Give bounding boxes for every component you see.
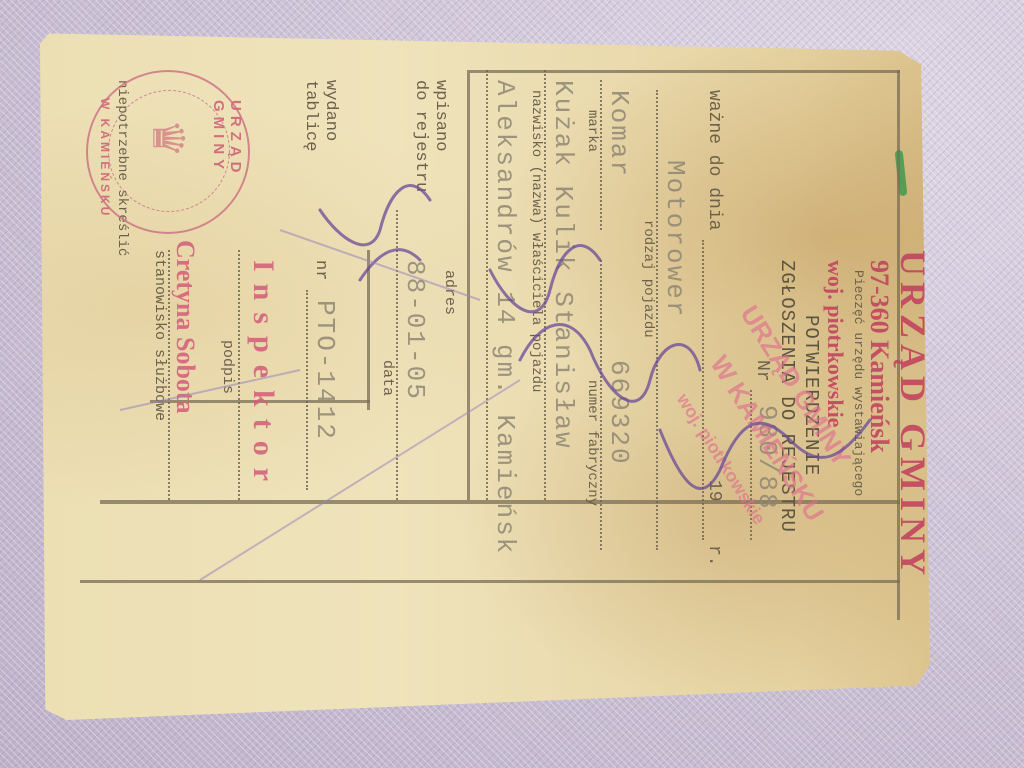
handwritten-signatures	[0, 0, 1024, 768]
photo-scene: URZĄD GMINY 97-360 Kamieńsk Pieczęć urzę…	[0, 0, 1024, 768]
